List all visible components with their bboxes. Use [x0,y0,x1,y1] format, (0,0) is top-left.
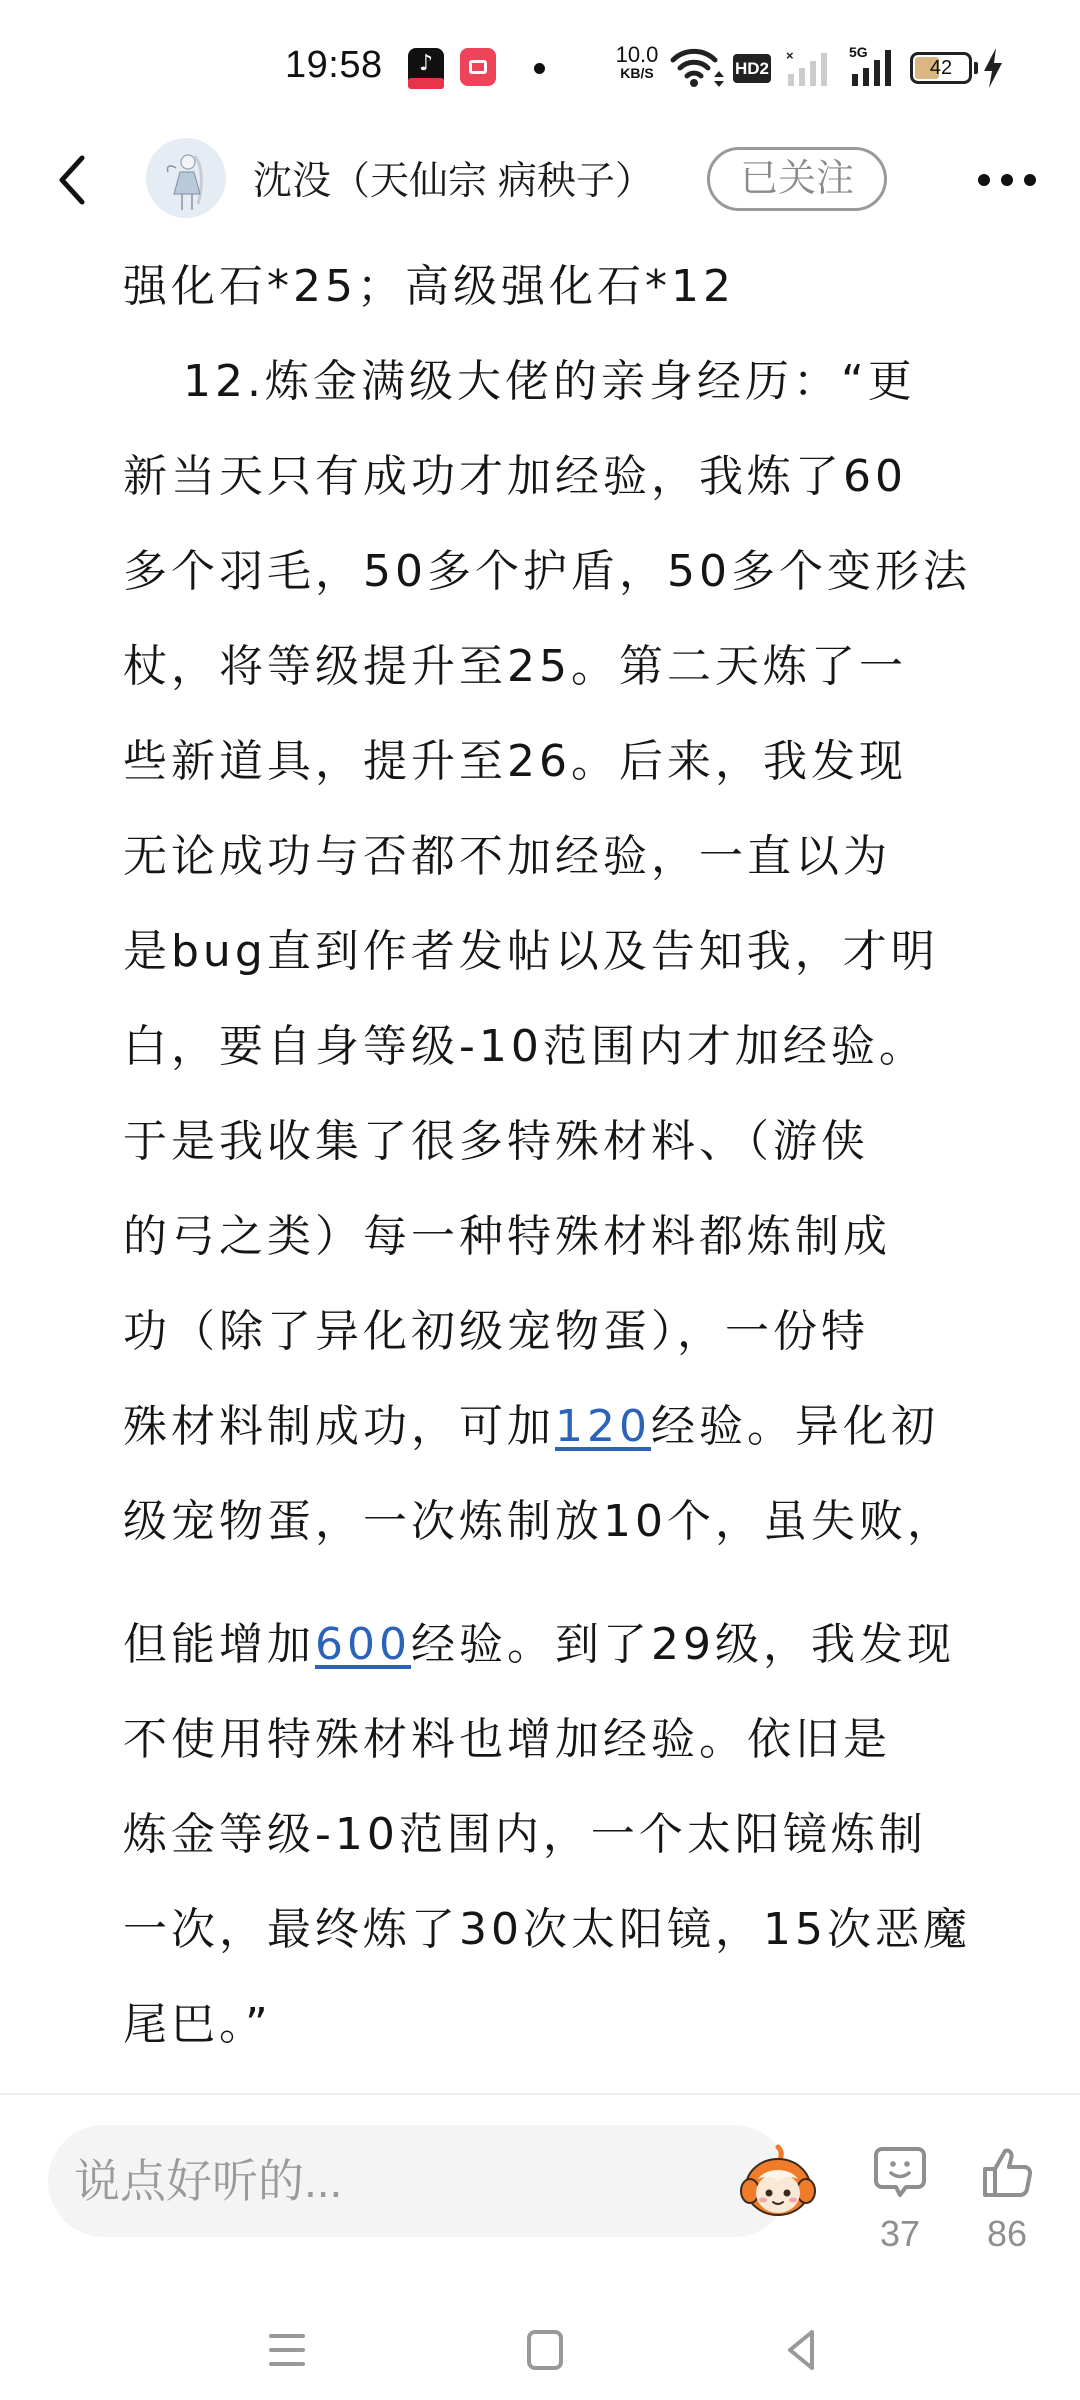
like-button[interactable]: 86 [967,2145,1047,2255]
system-back-button[interactable] [770,2320,830,2380]
content-line: 功（除了异化初级宠物蛋），一份特 [123,1295,869,1359]
signal-sim2-icon [850,46,898,88]
comment-count: 37 [860,2213,940,2255]
mascot-emoji-icon[interactable] [738,2143,818,2221]
content-line: 强化石*25；高级强化石*12 [123,250,735,314]
exp-600-link[interactable]: 600 [315,1619,411,1670]
svg-text:×: × [786,48,794,63]
wifi-icon [670,47,726,89]
avatar-illustration-icon [146,138,226,218]
comment-input-container[interactable] [48,2125,790,2237]
menu-icon [257,2320,317,2380]
author-avatar[interactable] [146,138,226,218]
content-line: 殊材料制成功，可加120经验。异化初 [123,1390,939,1454]
hd-voice-icon: HD2 [733,54,771,83]
content-line: 12.炼金满级大佬的亲身经历：“更 [183,345,916,409]
thumbs-up-icon [979,2145,1035,2201]
screen-record-icon [460,48,496,86]
battery-icon: 42 [910,52,972,84]
net-speed-value: 10.0 [612,44,662,66]
battery-level: 42 [913,55,969,81]
douyin-icon: ♪ [408,48,444,86]
recent-apps-button[interactable] [257,2320,317,2380]
line-text: 经验。到了29级，我发现 [411,1619,955,1670]
comment-smile-icon [872,2145,928,2201]
comment-button[interactable]: 37 [860,2145,940,2255]
system-nav-bar [0,2290,1080,2400]
more-dot-icon [1001,174,1013,186]
content-line: 新当天只有成功才加经验，我炼了60 [123,440,907,504]
home-button[interactable] [515,2320,575,2380]
content-line: 多个羽毛，50多个护盾，50多个变形法 [123,535,971,599]
content-line: 于是我收集了很多特殊材料、（游侠 [123,1105,869,1169]
like-count: 86 [967,2213,1047,2255]
author-name[interactable]: 沈没（天仙宗 病秧子） [253,150,654,206]
follow-button[interactable]: 已关注 [707,147,887,211]
content-line: 白，要自身等级-10范围内才加经验。 [123,1010,927,1074]
exp-120-link[interactable]: 120 [555,1401,651,1452]
battery-tip [974,62,978,74]
content-line: 级宠物蛋，一次炼制放10个，虽失败， [123,1485,955,1549]
content-line: 不使用特殊材料也增加经验。依旧是 [123,1703,891,1767]
line-text: 但能增加 [123,1619,315,1670]
content-line: 些新道具，提升至26。后来，我发现 [123,725,907,789]
content-line: 炼金等级-10范围内，一个太阳镜炼制 [123,1798,927,1862]
content-line: 杖，将等级提升至25。第二天炼了一 [123,630,907,694]
more-dot-icon [978,174,990,186]
content-line: 但能增加600经验。到了29级，我发现 [123,1608,955,1672]
content-line: 是bug直到作者发帖以及告知我，才明 [123,915,939,979]
content-line: 无论成功与否都不加经验，一直以为 [123,820,891,884]
content-line: 尾巴。” [123,1988,272,2052]
content-line: 的弓之类）每一种特殊材料都炼制成 [123,1200,891,1264]
home-square-icon [515,2320,575,2380]
line-text: 殊材料制成功，可加 [123,1401,555,1452]
charging-icon [983,48,1003,88]
more-options-button[interactable] [972,160,1042,200]
line-text: 经验。异化初 [651,1401,939,1452]
comment-bar: 37 86 [0,2095,1080,2275]
back-triangle-icon [770,2320,830,2380]
notification-dot-icon [534,63,545,74]
comment-input[interactable] [74,2125,674,2237]
chevron-left-icon [48,150,98,210]
net-speed: 10.0 KB/S [612,44,662,80]
status-bar: 19:58 ♪ 10.0 KB/S HD2 × 5G 42 [0,0,1080,110]
content-line: 一次，最终炼了30次太阳镜，15次恶魔 [123,1893,971,1957]
net-speed-unit: KB/S [612,66,662,80]
more-dot-icon [1024,174,1036,186]
signal-sim1-icon: × [786,48,828,88]
status-time: 19:58 [285,44,383,87]
back-button[interactable] [48,150,98,210]
post-header: 沈没（天仙宗 病秧子） 已关注 [0,120,1080,240]
